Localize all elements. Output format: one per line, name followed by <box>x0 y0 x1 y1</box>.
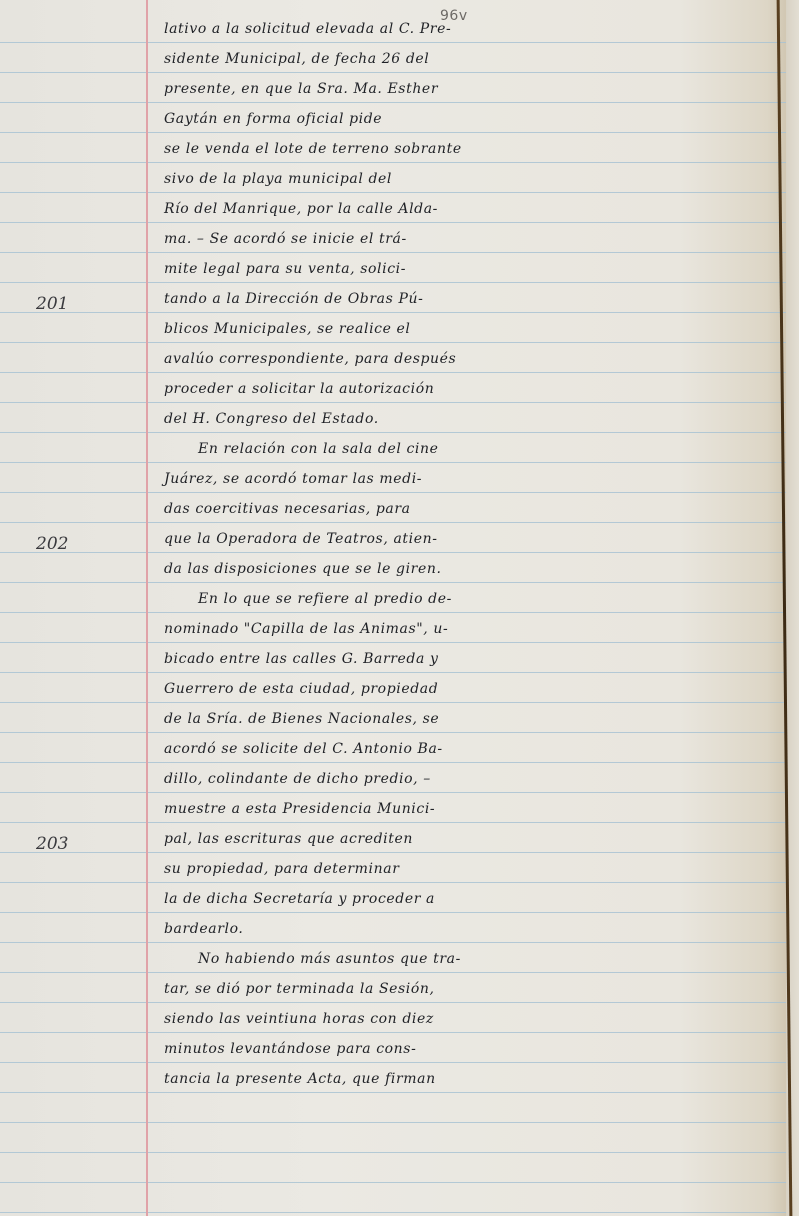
handwritten-text-block: lativo a la solicitud elevada al C. Pre-… <box>164 14 779 1094</box>
text-line: se le venda el lote de terreno sobrante <box>164 134 779 164</box>
text-line: Guerrero de esta ciudad, propiedad <box>164 674 779 704</box>
text-line: tando a la Dirección de Obras Pú- <box>164 284 779 314</box>
text-line: del H. Congreso del Estado. <box>164 404 779 434</box>
text-line: mite legal para su venta, solici- <box>164 254 779 284</box>
text-line: sidente Municipal, de fecha 26 del <box>164 44 779 74</box>
text-line: presente, en que la Sra. Ma. Esther <box>164 74 779 104</box>
text-line: blicos Municipales, se realice el <box>164 314 779 344</box>
text-line: En lo que se refiere al predio de- <box>164 584 779 614</box>
text-line: que la Operadora de Teatros, atien- <box>164 524 779 554</box>
text-line: Gaytán en forma oficial pide <box>164 104 779 134</box>
text-line: nominado "Capilla de las Animas", u- <box>164 614 779 644</box>
text-line: muestre a esta Presidencia Munici- <box>164 794 779 824</box>
text-line: Juárez, se acordó tomar las medi- <box>164 464 779 494</box>
text-line: pal, las escrituras que acrediten <box>164 824 779 854</box>
text-line: No habiendo más asuntos que tra- <box>164 944 779 974</box>
text-line: proceder a solicitar la autorización <box>164 374 779 404</box>
text-line: de la Sría. de Bienes Nacionales, se <box>164 704 779 734</box>
text-line: acordó se solicite del C. Antonio Ba- <box>164 734 779 764</box>
margin-rule <box>146 0 148 1216</box>
text-line: la de dicha Secretaría y proceder a <box>164 884 779 914</box>
text-line: das coercitivas necesarias, para <box>164 494 779 524</box>
entry-number: 203 <box>36 834 68 854</box>
text-line: bardearlo. <box>164 914 779 944</box>
text-line: dillo, colindante de dicho predio, – <box>164 764 779 794</box>
text-line: tar, se dió por terminada la Sesión, <box>164 974 779 1004</box>
text-line: bicado entre las calles G. Barreda y <box>164 644 779 674</box>
text-line: lativo a la solicitud elevada al C. Pre- <box>164 14 779 44</box>
text-line: siendo las veintiuna horas con diez <box>164 1004 779 1034</box>
text-line: avalúo correspondiente, para después <box>164 344 779 374</box>
text-line: ma. – Se acordó se inicie el trá- <box>164 224 779 254</box>
text-line: En relación con la sala del cine <box>164 434 779 464</box>
text-line: sivo de la playa municipal del <box>164 164 779 194</box>
text-line: minutos levantándose para cons- <box>164 1034 779 1064</box>
text-line: Río del Manrique, por la calle Alda- <box>164 194 779 224</box>
entry-number: 201 <box>36 294 68 314</box>
text-line: tancia la presente Acta, que firman <box>164 1064 779 1094</box>
text-line: da las disposiciones que se le giren. <box>164 554 779 584</box>
ledger-page: 96v 201202203 lativo a la solicitud elev… <box>0 0 799 1216</box>
text-line: su propiedad, para determinar <box>164 854 779 884</box>
entry-number: 202 <box>36 534 68 554</box>
